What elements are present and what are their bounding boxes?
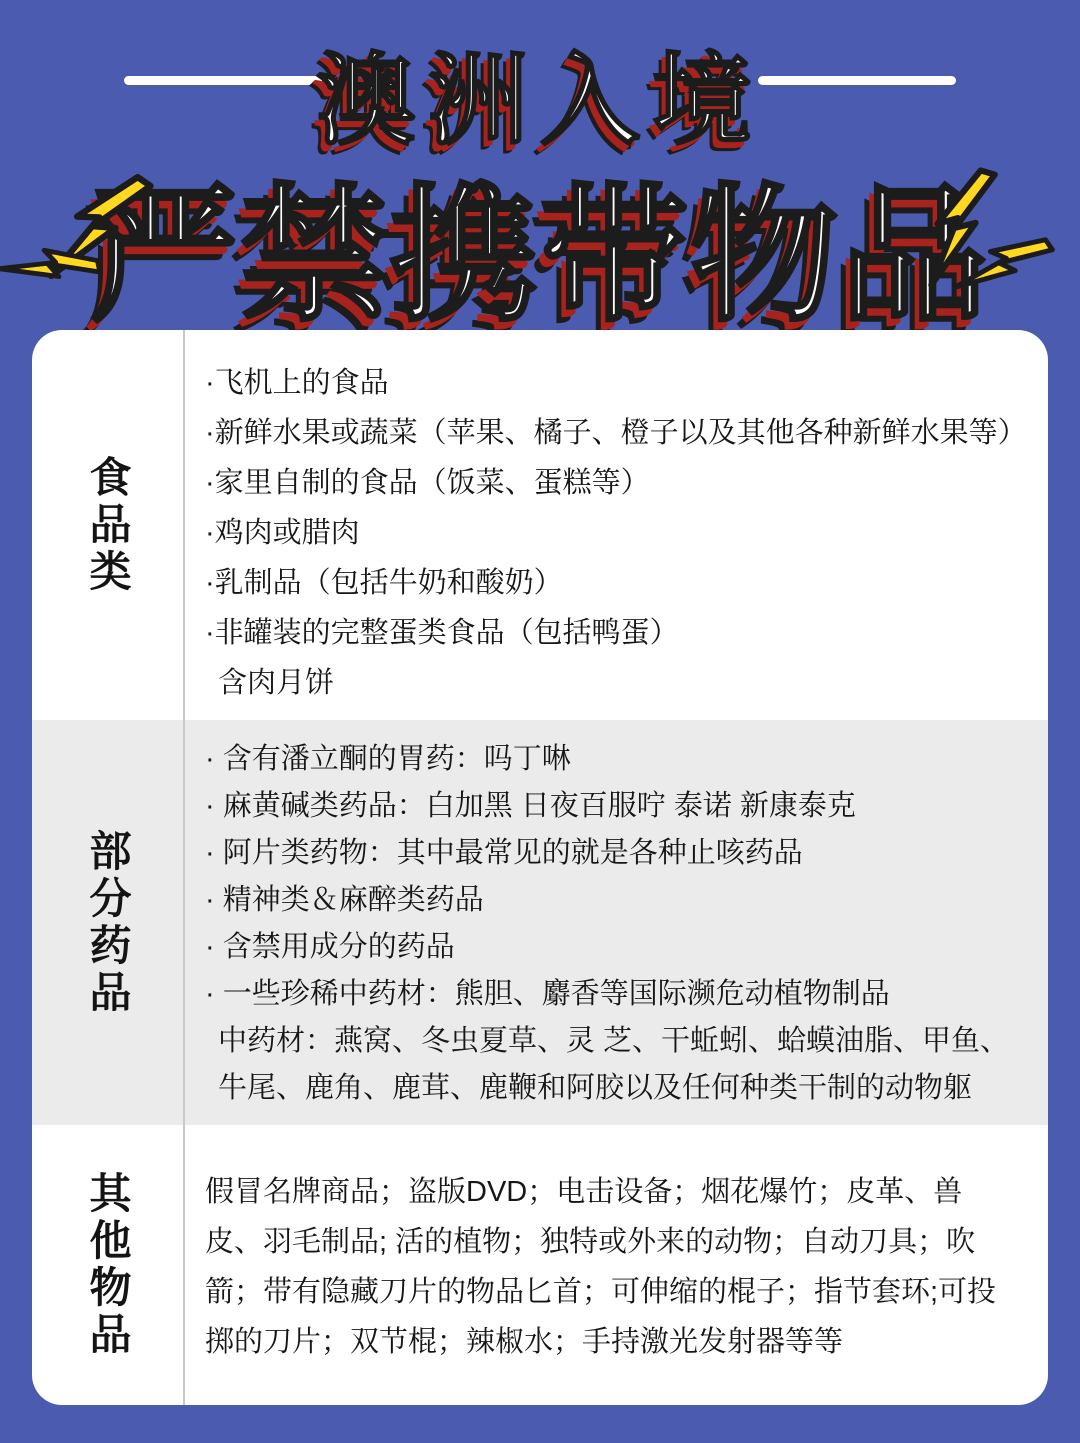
- list-item: · 麻黄碱类药品：白加黑 日夜百服咛 泰诺 新康泰克: [205, 783, 1028, 830]
- section-label: 食品类: [78, 455, 138, 596]
- list-item-continuation: 中药材：燕窝、冬虫夏草、灵 芝、干蚯蚓、蛤蟆油脂、甲鱼、牛尾、鹿角、鹿茸、鹿鞭和…: [205, 1018, 1028, 1112]
- section-label: 其他物品: [78, 1171, 138, 1359]
- section-other-content: 假冒名牌商品；盗版DVD；电击设备；烟花爆竹；皮革、兽皮、羽毛制品; 活的植物；…: [185, 1125, 1048, 1405]
- other-items-paragraph: 假冒名牌商品；盗版DVD；电击设备；烟花爆竹；皮革、兽皮、羽毛制品; 活的植物；…: [205, 1167, 1028, 1367]
- section-medicine: 部分药品 · 含有潘立酮的胃药：吗丁啉 · 麻黄碱类药品：白加黑 日夜百服咛 泰…: [32, 720, 1048, 1125]
- list-item: ·家里自制的食品（饭菜、蛋糕等）: [205, 458, 1028, 508]
- list-item: · 精神类＆麻醉类药品: [205, 877, 1028, 924]
- page-title: 严禁携带物品: [0, 138, 1080, 350]
- page-background: { "page": { "bg_color": "#4a5bb0" }, "he…: [0, 0, 1080, 1443]
- list-item: ·乳制品（包括牛奶和酸奶）: [205, 558, 1028, 608]
- list-item: · 含禁用成分的药品: [205, 924, 1028, 971]
- section-other: 其他物品 假冒名牌商品；盗版DVD；电击设备；烟花爆竹；皮革、兽皮、羽毛制品; …: [32, 1125, 1048, 1405]
- list-item-continuation: 含肉月饼: [205, 658, 1028, 708]
- list-item: · 阿片类药物：其中最常见的就是各种止咳药品: [205, 830, 1028, 877]
- list-item: · 一些珍稀中药材：熊胆、麝香等国际濒危动植物制品: [205, 971, 1028, 1018]
- section-food-label-column: 食品类: [32, 330, 185, 720]
- list-item: ·鸡肉或腊肉: [205, 508, 1028, 558]
- section-medicine-content: · 含有潘立酮的胃药：吗丁啉 · 麻黄碱类药品：白加黑 日夜百服咛 泰诺 新康泰…: [185, 720, 1048, 1125]
- prohibited-items-card: 食品类 ·飞机上的食品 ·新鲜水果或蔬菜（苹果、橘子、橙子以及其他各种新鲜水果等…: [32, 330, 1048, 1405]
- section-food-content: ·飞机上的食品 ·新鲜水果或蔬菜（苹果、橘子、橙子以及其他各种新鲜水果等） ·家…: [185, 330, 1048, 720]
- section-medicine-label-column: 部分药品: [32, 720, 185, 1125]
- section-food: 食品类 ·飞机上的食品 ·新鲜水果或蔬菜（苹果、橘子、橙子以及其他各种新鲜水果等…: [32, 330, 1048, 720]
- section-other-label-column: 其他物品: [32, 1125, 185, 1405]
- section-label: 部分药品: [78, 829, 138, 1017]
- list-item: ·飞机上的食品: [205, 358, 1028, 408]
- list-item: · 含有潘立酮的胃药：吗丁啉: [205, 736, 1028, 783]
- list-item: ·新鲜水果或蔬菜（苹果、橘子、橙子以及其他各种新鲜水果等）: [205, 408, 1028, 458]
- list-item: ·非罐装的完整蛋类食品（包括鸭蛋）: [205, 608, 1028, 658]
